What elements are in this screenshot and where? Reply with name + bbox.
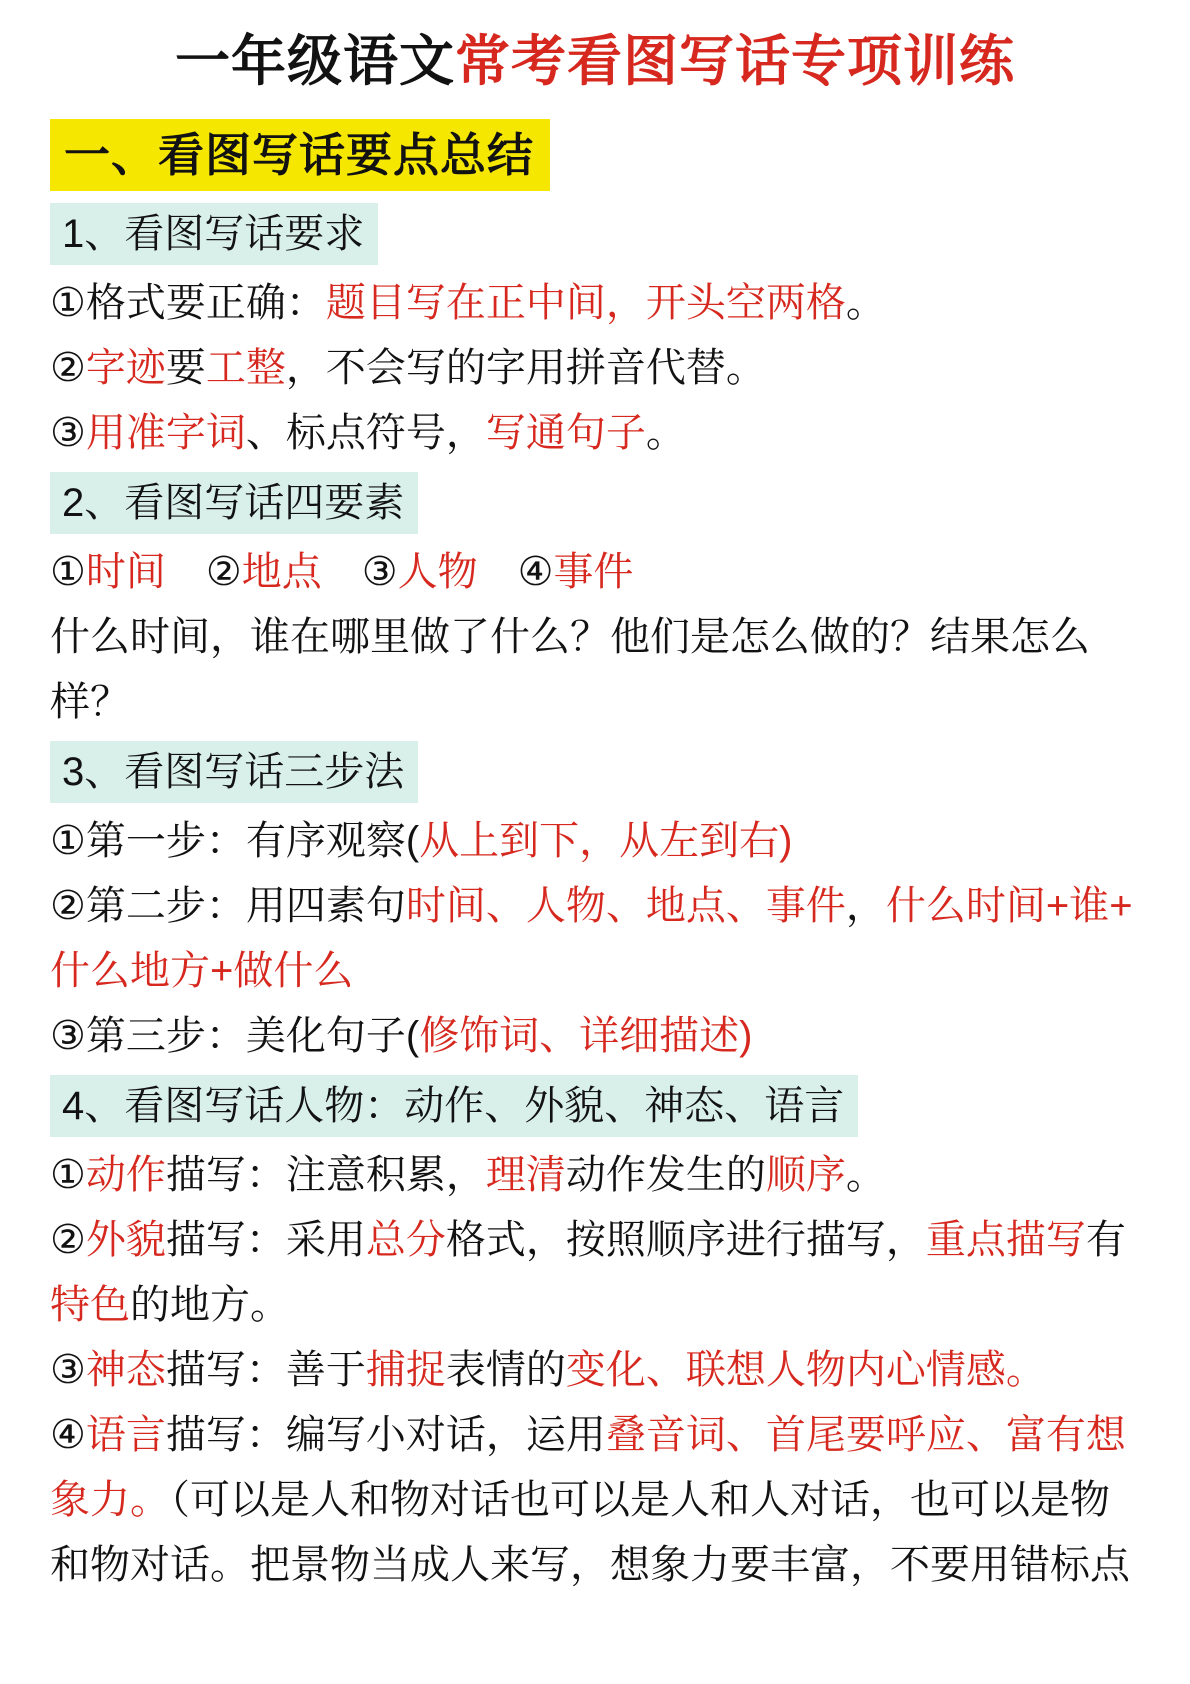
subsection3-heading: 3、看图写话三步法 bbox=[50, 741, 418, 803]
person-desc-2-line1-seg-4: 总分 bbox=[366, 1218, 446, 1262]
person-desc-2-line1-seg-7: 有 bbox=[1086, 1218, 1126, 1262]
subsection2-heading: 2、看图写话四要素 bbox=[50, 472, 418, 534]
requirement-1-seg-3: 。 bbox=[846, 281, 886, 325]
section1-heading: 一、看图写话要点总结 bbox=[50, 119, 550, 191]
requirement-3-seg-3: 、标点符号， bbox=[246, 411, 486, 455]
step-2-line1-seg-2: 时间、人物、地点、事件 bbox=[406, 884, 846, 928]
person-desc-1-seg-7: 。 bbox=[846, 1153, 886, 1197]
step-2-line1-seg-1: ②第二步：用四素句 bbox=[50, 884, 406, 928]
person-desc-4-line2-row: 象力。（可以是人和物对话也可以是人和人对话，也可以是物 bbox=[50, 1468, 1140, 1533]
person-desc-1-row: ①动作描写：注意积累，理清动作发生的顺序。 bbox=[50, 1143, 1140, 1208]
four-elements-seg-6: 人物 bbox=[398, 550, 478, 594]
person-desc-4-line1-seg-4: 叠音词、首尾要呼应、富有想 bbox=[606, 1413, 1126, 1457]
subsection4-heading-seg-1: 4、看图写话人物：动作、外貌、神态、语言 bbox=[62, 1084, 844, 1128]
person-desc-2-line1-seg-3: 描写：采用 bbox=[166, 1218, 366, 1262]
person-desc-2-line1-seg-2: 外貌 bbox=[86, 1218, 166, 1262]
subsection1-heading: 1、看图写话要求 bbox=[50, 203, 378, 265]
person-desc-2-line2-row: 特色的地方。 bbox=[50, 1273, 1140, 1338]
subsection4-heading-row: 4、看图写话人物：动作、外貌、神态、语言 bbox=[50, 1069, 1140, 1143]
worksheet-page: 一年级语文常考看图写话专项训练 一、看图写话要点总结1、看图写话要求①格式要正确… bbox=[0, 34, 1190, 1598]
subsection3-heading-seg-1: 3、看图写话三步法 bbox=[62, 750, 404, 794]
person-desc-2-line1-seg-1: ② bbox=[50, 1218, 86, 1262]
subsection2-heading-seg-1: 2、看图写话四要素 bbox=[62, 481, 404, 525]
requirement-2-seg-2: 字迹 bbox=[86, 346, 166, 390]
four-elements-row: ①时间 ②地点 ③人物 ④事件 bbox=[50, 540, 1140, 605]
step-2-line2-row: 什么地方+做什么 bbox=[50, 939, 1140, 1004]
requirement-3-seg-2: 用准字词 bbox=[86, 411, 246, 455]
requirement-1-seg-1: ①格式要正确： bbox=[50, 281, 326, 325]
person-desc-4-line1-seg-1: ④ bbox=[50, 1413, 86, 1457]
requirement-2-seg-3: 要 bbox=[166, 346, 206, 390]
four-elements-seg-8: 事件 bbox=[553, 550, 633, 594]
subsection1-heading-row: 1、看图写话要求 bbox=[50, 197, 1140, 271]
requirement-1-row: ①格式要正确：题目写在正中间，开头空两格。 bbox=[50, 271, 1140, 336]
step-3-seg-1: ③第三步：美化句子( bbox=[50, 1014, 419, 1058]
person-desc-1-seg-6: 顺序 bbox=[766, 1153, 846, 1197]
requirement-3-seg-4: 写通句子 bbox=[486, 411, 646, 455]
person-desc-1-seg-1: ① bbox=[50, 1153, 86, 1197]
four-elements-note-line1-row: 什么时间，谁在哪里做了什么？他们是怎么做的？结果怎么 bbox=[50, 605, 1140, 670]
four-elements-seg-3: ② bbox=[166, 550, 242, 594]
subsection2-heading-row: 2、看图写话四要素 bbox=[50, 466, 1140, 540]
section1-heading-seg-1: 一、看图写话要点总结 bbox=[64, 129, 534, 181]
person-desc-3-row: ③神态描写：善于捕捉表情的变化、联想人物内心情感。 bbox=[50, 1338, 1140, 1403]
step-2-line1-seg-4: 什么时间+谁+ bbox=[886, 884, 1133, 928]
page-title: 一年级语文常考看图写话专项训练 bbox=[50, 34, 1140, 89]
person-desc-3-seg-2: 神态 bbox=[86, 1348, 166, 1392]
person-desc-3-seg-1: ③ bbox=[50, 1348, 86, 1392]
step-1-seg-2: 从上到下，从左到右) bbox=[419, 819, 792, 863]
step-2-line2-seg-1: 什么地方+做什么 bbox=[50, 949, 353, 993]
person-desc-4-line3-seg-1: 和物对话。把景物当成人来写，想象力要丰富，不要用错标点 bbox=[50, 1543, 1130, 1587]
four-elements-note-line2-seg-1: 样？ bbox=[50, 680, 130, 724]
section1-heading-row: 一、看图写话要点总结 bbox=[50, 109, 1140, 197]
four-elements-seg-5: ③ bbox=[322, 550, 398, 594]
four-elements-seg-2: 时间 bbox=[86, 550, 166, 594]
person-desc-1-seg-3: 描写：注意积累， bbox=[166, 1153, 486, 1197]
four-elements-note-line1-seg-1: 什么时间，谁在哪里做了什么？他们是怎么做的？结果怎么 bbox=[50, 615, 1090, 659]
step-1-row: ①第一步：有序观察(从上到下，从左到右) bbox=[50, 809, 1140, 874]
person-desc-3-seg-4: 捕捉 bbox=[366, 1348, 446, 1392]
four-elements-seg-4: 地点 bbox=[242, 550, 322, 594]
person-desc-4-line1-row: ④语言描写：编写小对话，运用叠音词、首尾要呼应、富有想 bbox=[50, 1403, 1140, 1468]
person-desc-2-line1-seg-6: 重点描写 bbox=[926, 1218, 1086, 1262]
requirement-2-row: ②字迹要工整，不会写的字用拼音代替。 bbox=[50, 336, 1140, 401]
person-desc-2-line1-row: ②外貌描写：采用总分格式，按照顺序进行描写，重点描写有 bbox=[50, 1208, 1140, 1273]
person-desc-3-seg-5: 表情的 bbox=[446, 1348, 566, 1392]
requirement-2-seg-1: ② bbox=[50, 346, 86, 390]
person-desc-4-line1-seg-3: 描写：编写小对话，运用 bbox=[166, 1413, 606, 1457]
person-desc-1-seg-2: 动作 bbox=[86, 1153, 166, 1197]
person-desc-4-line2-seg-2: （可以是人和物对话也可以是人和人对话，也可以是物 bbox=[170, 1478, 1110, 1522]
requirement-3-seg-1: ③ bbox=[50, 411, 86, 455]
document-content: 一、看图写话要点总结1、看图写话要求①格式要正确：题目写在正中间，开头空两格。②… bbox=[50, 109, 1140, 1598]
person-desc-1-seg-4: 理清 bbox=[486, 1153, 566, 1197]
subsection3-heading-row: 3、看图写话三步法 bbox=[50, 735, 1140, 809]
requirement-3-seg-5: 。 bbox=[646, 411, 686, 455]
person-desc-2-line2-seg-2: 的地方。 bbox=[130, 1283, 290, 1327]
person-desc-4-line3-row: 和物对话。把景物当成人来写，想象力要丰富，不要用错标点 bbox=[50, 1533, 1140, 1598]
four-elements-seg-7: ④ bbox=[478, 550, 554, 594]
requirement-1-seg-2: 题目写在正中间，开头空两格 bbox=[326, 281, 846, 325]
person-desc-1-seg-5: 动作发生的 bbox=[566, 1153, 766, 1197]
requirement-2-seg-5: ，不会写的字用拼音代替。 bbox=[286, 346, 766, 390]
four-elements-note-line2-row: 样？ bbox=[50, 670, 1140, 735]
subsection4-heading: 4、看图写话人物：动作、外貌、神态、语言 bbox=[50, 1075, 858, 1137]
step-2-line1-row: ②第二步：用四素句时间、人物、地点、事件，什么时间+谁+ bbox=[50, 874, 1140, 939]
step-2-line1-seg-3: ， bbox=[846, 884, 886, 928]
subsection1-heading-seg-1: 1、看图写话要求 bbox=[62, 212, 364, 256]
person-desc-2-line2-seg-1: 特色 bbox=[50, 1283, 130, 1327]
person-desc-4-line2-seg-1: 象力。 bbox=[50, 1478, 170, 1522]
four-elements-seg-1: ① bbox=[50, 550, 86, 594]
person-desc-4-line1-seg-2: 语言 bbox=[86, 1413, 166, 1457]
person-desc-3-seg-6: 变化、联想人物内心情感。 bbox=[566, 1348, 1046, 1392]
requirement-2-seg-4: 工整 bbox=[206, 346, 286, 390]
step-1-seg-1: ①第一步：有序观察( bbox=[50, 819, 419, 863]
step-3-seg-2: 修饰词、详细描述) bbox=[419, 1014, 752, 1058]
step-3-row: ③第三步：美化句子(修饰词、详细描述) bbox=[50, 1004, 1140, 1069]
requirement-3-row: ③用准字词、标点符号，写通句子。 bbox=[50, 401, 1140, 466]
person-desc-3-seg-3: 描写：善于 bbox=[166, 1348, 366, 1392]
page-title-grade-part: 一年级语文 bbox=[175, 30, 455, 92]
page-title-topic-part: 常考看图写话专项训练 bbox=[455, 30, 1015, 92]
person-desc-2-line1-seg-5: 格式，按照顺序进行描写， bbox=[446, 1218, 926, 1262]
